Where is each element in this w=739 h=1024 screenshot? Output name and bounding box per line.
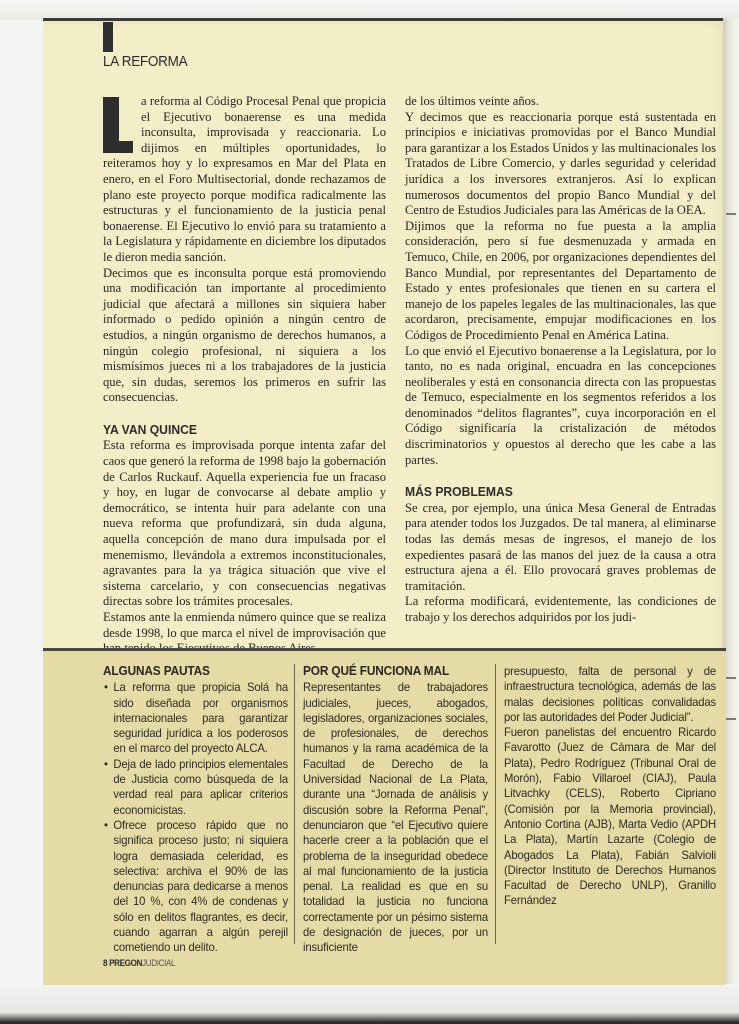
section-title: LA REFORMA [103,53,187,70]
box-heading: ALGUNAS PAUTAS [103,664,288,679]
article-column-left: a reforma al Código Procesal Penal que p… [103,94,386,657]
bullet-item: • La reforma que propicia Solá ha sido d… [103,680,288,756]
bullet-icon: • [104,818,108,833]
article-column-right: de los últimos veinte años. Y decimos qu… [405,94,716,626]
article-paragraph: de los últimos veinte años. [405,94,716,110]
box-column-panelists: presupuesto, falta de personal y de infr… [504,664,716,909]
dropcap-letter-l [103,97,133,153]
publication-name-light: JUDICIAL [142,958,175,969]
subheading-mas-problemas: MÁS PROBLEMAS [405,484,691,500]
article-paragraph: Lo que envió el Ejecutivo bonaerense a l… [405,344,716,469]
box-column-algunas-pautas: ALGUNAS PAUTAS • La reforma que propicia… [103,664,288,956]
article-paragraph: Decimos que es inconsulta porque está pr… [103,266,386,406]
article-paragraph: Esta reforma es improvisada porque inten… [103,438,386,610]
article-paragraph: Dijimos que la reforma no fue puesta a l… [405,219,716,344]
column-divider [294,664,295,944]
box-column-por-que-funciona-mal: POR QUÉ FUNCIONA MAL Representantes de t… [303,664,488,956]
section-marker-bar [103,22,113,52]
bullet-icon: • [104,680,108,695]
column-divider [495,664,496,944]
box-paragraph: Fueron panelistas del encuentro Ricardo … [504,725,716,909]
box-paragraph: Representantes de trabajadores judiciale… [303,680,488,955]
article-paragraph: Y decimos que es reaccionaria porque est… [405,110,716,219]
page-footer: 8 PREGONJUDICIAL [103,958,175,969]
bullet-item: • Deja de lado principios elementales de… [103,757,288,818]
bullet-item: • Ofrece proceso rápido que no significa… [103,818,288,956]
subheading-ya-van-quince: YA VAN QUINCE [103,422,363,438]
publication-name-bold: PREGON [109,958,142,969]
scan-background-top [0,0,739,20]
scan-background-bottom [0,985,739,1024]
edge-tick-mark [726,718,736,720]
box-heading: POR QUÉ FUNCIONA MAL [303,664,488,679]
page-number: 8 [103,958,107,969]
edge-tick-mark [726,213,736,215]
box-paragraph: presupuesto, falta de personal y de infr… [504,664,716,725]
bullet-text: Ofrece proceso rápido que no significa p… [113,818,288,956]
edge-tick-mark [726,677,736,679]
bullet-icon: • [104,757,108,772]
bullet-text: La reforma que propicia Solá ha sido dis… [113,680,288,756]
article-paragraph: La reforma modificará, evidentemente, la… [405,594,716,625]
article-paragraph: a reforma al Código Procesal Penal que p… [103,94,386,266]
bullet-text: Deja de lado principios elementales de J… [113,757,288,818]
article-paragraph: Se crea, por ejemplo, una única Mesa Gen… [405,501,716,595]
